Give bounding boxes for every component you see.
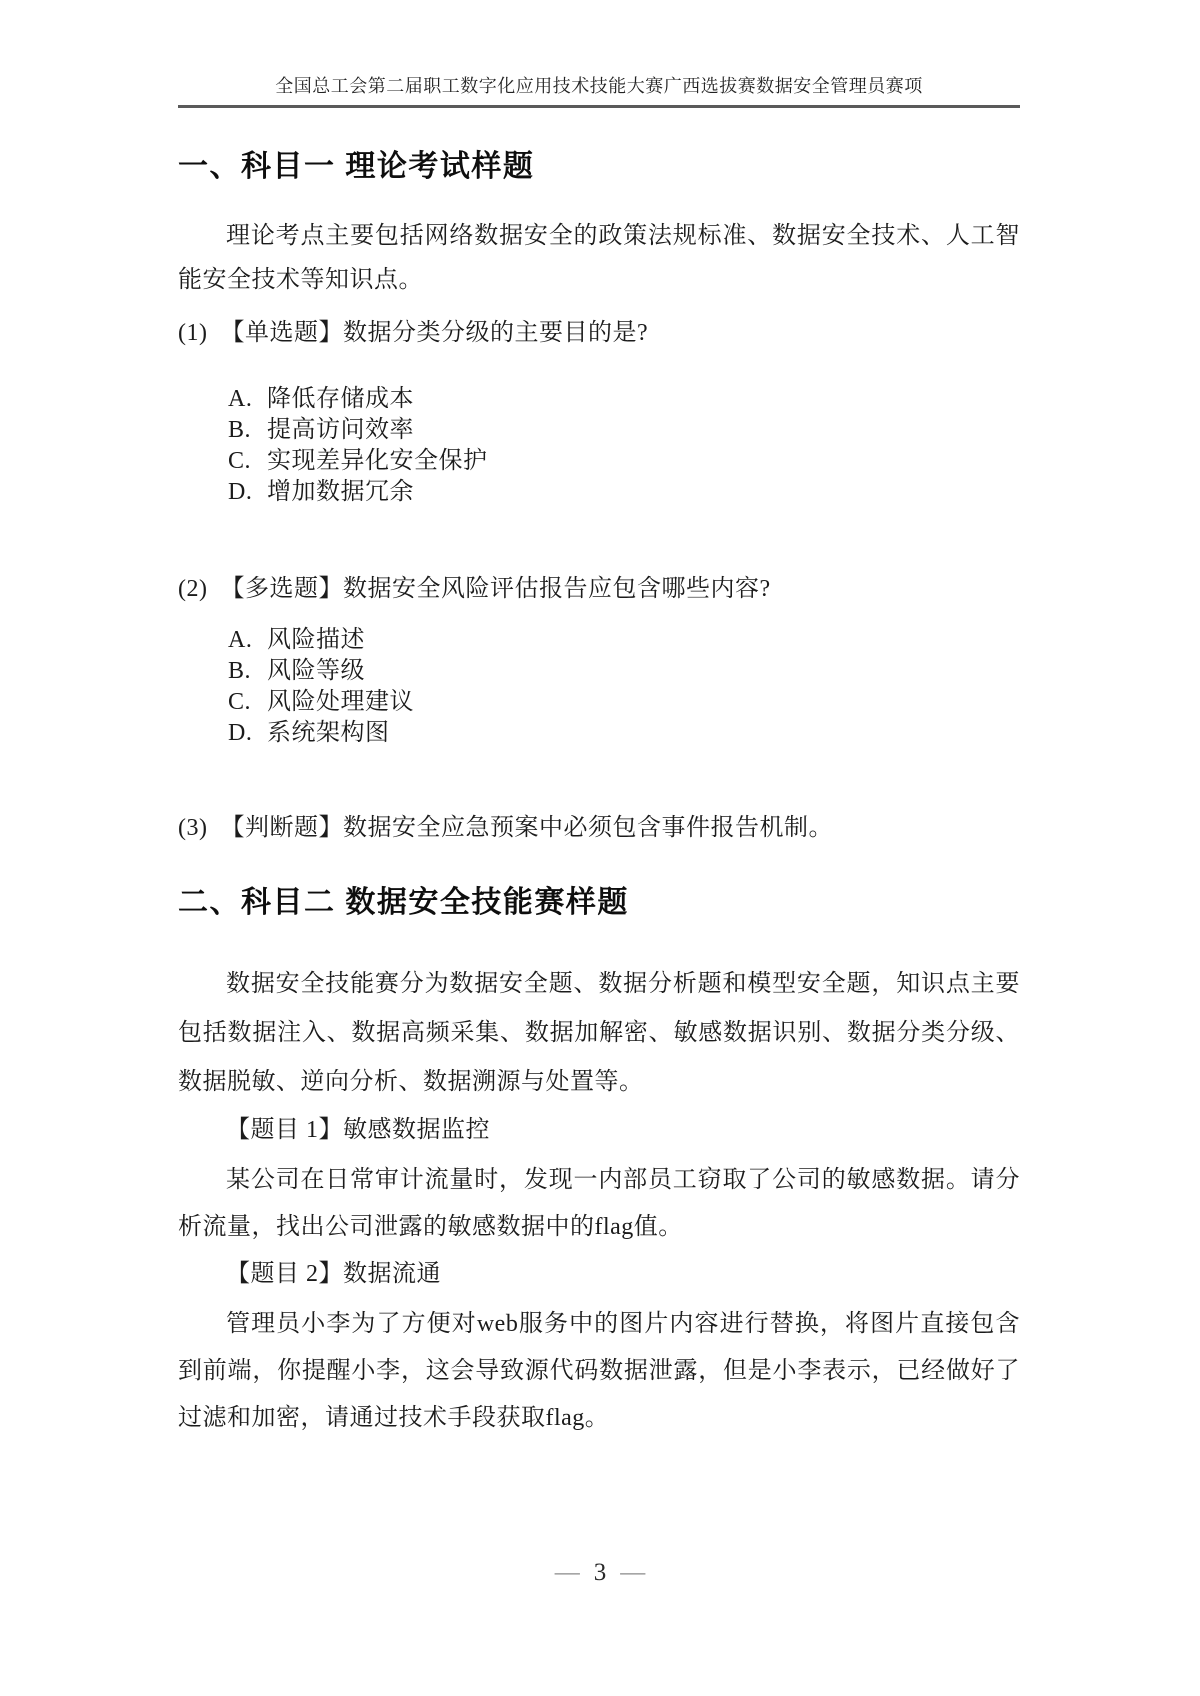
header-title: 全国总工会第二届职工数字化应用技术技能大赛广西选拔赛数据安全管理员赛项 xyxy=(178,74,1020,98)
option-key: B. xyxy=(228,415,267,446)
question-3-number: (3) xyxy=(178,815,207,841)
option-row: A.降低存储成本 xyxy=(228,384,1020,415)
option-row: D.系统架构图 xyxy=(228,718,1020,749)
option-text: 风险等级 xyxy=(267,658,365,684)
question-3-text: 数据安全应急预案中必须包含事件报告机制。 xyxy=(343,815,833,841)
problem-1-body: 某公司在日常审计流量时，发现一内部员工窃取了公司的敏感数据。请分析流量，找出公司… xyxy=(178,1157,1020,1251)
option-text: 增加数据冗余 xyxy=(267,479,414,505)
option-key: A. xyxy=(228,625,267,656)
question-1-text: 数据分类分级的主要目的是? xyxy=(343,320,648,346)
option-text: 提高访问效率 xyxy=(267,417,414,443)
option-key: A. xyxy=(228,384,267,415)
option-row: D.增加数据冗余 xyxy=(228,477,1020,508)
option-row: C.风险处理建议 xyxy=(228,687,1020,718)
question-1-type-tag: 【单选题】 xyxy=(220,320,343,346)
section1-intro-paragraph: 理论考点主要包括网络数据安全的政策法规标准、数据安全技术、人工智能安全技术等知识… xyxy=(178,214,1020,302)
option-row: B.提高访问效率 xyxy=(228,415,1020,446)
section2-intro-paragraph: 数据安全技能赛分为数据安全题、数据分析题和模型安全题，知识点主要包括数据注入、数… xyxy=(178,960,1020,1107)
question-2-number: (2) xyxy=(178,576,207,602)
option-text: 风险描述 xyxy=(267,627,365,653)
footer-page-number: 3 xyxy=(594,1559,607,1586)
problem-2-title: 【题目 2】数据流通 xyxy=(178,1259,1020,1289)
page-footer: —3— xyxy=(0,1558,1200,1588)
option-row: C.实现差异化安全保护 xyxy=(228,446,1020,477)
section1-heading: 一、科目一 理论考试样题 xyxy=(178,150,1020,184)
option-key: D. xyxy=(228,718,267,749)
question-2-line: (2)【多选题】数据安全风险评估报告应包含哪些内容? xyxy=(178,574,1020,604)
option-text: 系统架构图 xyxy=(267,720,390,746)
section2-heading: 二、科目二 数据安全技能赛样题 xyxy=(178,886,1020,920)
problem-1-title: 【题目 1】敏感数据监控 xyxy=(178,1115,1020,1145)
option-row: B.风险等级 xyxy=(228,656,1020,687)
problem-2-body: 管理员小李为了方便对web服务中的图片内容进行替换，将图片直接包含到前端，你提醒… xyxy=(178,1301,1020,1442)
option-row: A.风险描述 xyxy=(228,625,1020,656)
option-key: D. xyxy=(228,477,267,508)
footer-dash-left: — xyxy=(541,1559,594,1586)
option-key: C. xyxy=(228,446,267,477)
option-text: 风险处理建议 xyxy=(267,689,414,715)
page-header: 全国总工会第二届职工数字化应用技术技能大赛广西选拔赛数据安全管理员赛项 xyxy=(178,0,1020,108)
question-2-text: 数据安全风险评估报告应包含哪些内容? xyxy=(343,576,771,602)
question-1-number: (1) xyxy=(178,320,207,346)
question-1-line: (1)【单选题】数据分类分级的主要目的是? xyxy=(178,318,1020,348)
question-3-line: (3)【判断题】数据安全应急预案中必须包含事件报告机制。 xyxy=(178,813,1020,843)
document-page: 全国总工会第二届职工数字化应用技术技能大赛广西选拔赛数据安全管理员赛项 一、科目… xyxy=(0,0,1200,1696)
option-key: C. xyxy=(228,687,267,718)
option-text: 降低存储成本 xyxy=(267,386,414,412)
question-3-type-tag: 【判断题】 xyxy=(220,815,343,841)
option-key: B. xyxy=(228,656,267,687)
question-2-type-tag: 【多选题】 xyxy=(220,576,343,602)
question-2-options: A.风险描述 B.风险等级 C.风险处理建议 D.系统架构图 xyxy=(228,625,1020,749)
footer-dash-right: — xyxy=(606,1559,659,1586)
option-text: 实现差异化安全保护 xyxy=(267,448,488,474)
page-content: 全国总工会第二届职工数字化应用技术技能大赛广西选拔赛数据安全管理员赛项 一、科目… xyxy=(178,0,1020,1442)
question-1-options: A.降低存储成本 B.提高访问效率 C.实现差异化安全保护 D.增加数据冗余 xyxy=(228,384,1020,508)
